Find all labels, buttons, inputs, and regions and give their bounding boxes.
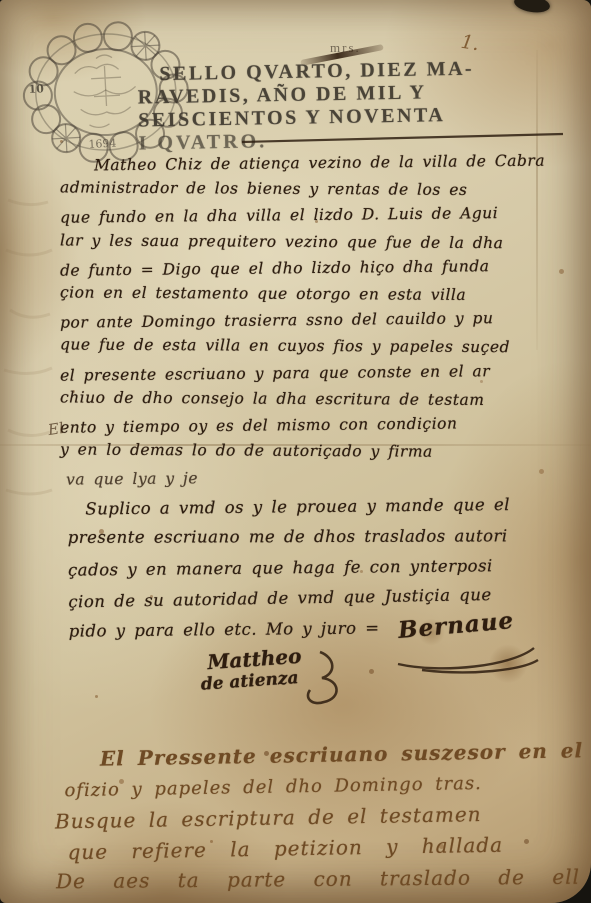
manuscript-line: Suplico a vmd os y le prouea y mande que… xyxy=(67,489,572,525)
manuscript-line: presente escriuano me de dhos traslados … xyxy=(68,522,573,554)
manuscript-line: que fue de esta villa en cuyos fios y pa… xyxy=(60,332,572,361)
signature-mattheo-de-atienza: Mattheo de atienza xyxy=(207,645,304,695)
ink-blot-top-edge xyxy=(513,0,551,15)
manuscript-line: De aes ta parte con traslado de ell xyxy=(56,862,566,897)
manuscript-line: va que lya y je xyxy=(66,462,572,494)
manuscript-line: el presente escriuano y para que conste … xyxy=(60,357,572,389)
clerk-note: El Pressente escriuano suszesor en el of… xyxy=(54,736,567,900)
manuscript-scan: 10 1694 mrs. 1. SELLO QVARTO, DIEZ MA- R… xyxy=(0,0,591,903)
manuscript-page: 10 1694 mrs. 1. SELLO QVARTO, DIEZ MA- R… xyxy=(0,0,591,903)
ink-rule-line xyxy=(240,131,565,145)
seal-denomination: 10 xyxy=(28,82,44,96)
body-paragraph: Matheo Chiz de atiença vezino de la vill… xyxy=(60,150,572,491)
rubric-flourish xyxy=(292,648,348,708)
ink-bleedthrough xyxy=(2,190,56,550)
seal-year: 1694 xyxy=(88,137,117,151)
manuscript-line: que fundo en la dha villa el lizdo D. Lu… xyxy=(60,200,572,232)
manuscript-line: lar y les saua prequitero vezino que fue… xyxy=(60,227,572,256)
rubric-flourish xyxy=(392,636,542,676)
folio-number: 1. xyxy=(459,31,480,56)
coat-of-arms-marks xyxy=(72,53,138,128)
